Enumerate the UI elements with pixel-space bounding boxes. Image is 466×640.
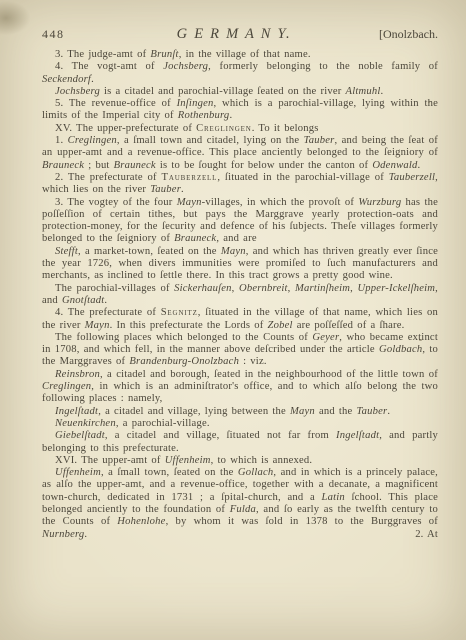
italic-text: Jochsberg (55, 86, 100, 97)
italic-text: Mayn (290, 406, 315, 417)
running-head: 448 G E R M A N Y. [Onolzbach. (42, 26, 438, 42)
paragraph: Giebelſtadt, a citadel and village, ſitu… (42, 430, 438, 455)
body-text: , and are (216, 233, 256, 244)
italic-text: Wurzburg (358, 197, 401, 208)
page-number: 448 (42, 27, 102, 42)
italic-text: Tauberzell (389, 172, 435, 183)
body-text: . To it belongs (252, 123, 319, 134)
italic-text: Giebelſtadt (55, 430, 105, 441)
italic-text: Creglingen (42, 381, 91, 392)
page-body: 3. The judge-amt of Brunſt, in the villa… (42, 49, 438, 541)
body-text: , a parochial-village. (116, 418, 210, 429)
body-text: . (104, 295, 107, 306)
body-text: 3. The vogtey of the four (55, 197, 177, 208)
body-text: , in which is an adminiſtrator's office,… (42, 381, 438, 404)
paragraph: The following places which belonged to t… (42, 332, 438, 369)
body-text: , ſituated in the parochial-village of (217, 172, 388, 183)
paragraph: 3. The judge-amt of Brunſt, in the villa… (42, 49, 438, 61)
body-text: , (288, 283, 295, 294)
italic-text: Creglingen (68, 135, 117, 146)
italic-text: Tauber (356, 406, 387, 417)
smallcaps-place-name: Segnitz (161, 307, 198, 318)
italic-text: Odenwald (372, 160, 417, 171)
italic-text: Ingelſtadt (336, 430, 379, 441)
body-text: , by whom it was ſold in 1378 to the Bur… (166, 516, 438, 527)
body-text: , in the village of that name. (179, 49, 311, 60)
body-text: XV. The upper-prefecturate of (55, 123, 196, 134)
body-text: . In this prefecturate the Lords of (110, 320, 268, 331)
italic-text: Tauber (304, 135, 335, 146)
book-page-scan: 448 G E R M A N Y. [Onolzbach. 3. The ju… (0, 0, 466, 640)
smallcaps-place-name: Tauberzell (162, 172, 218, 183)
paragraph: 1. Creglingen, a ſmall town and citadel,… (42, 135, 438, 172)
running-title: G E R M A N Y. (102, 26, 366, 43)
body-text: and the (315, 406, 357, 417)
running-head-section: [Onolzbach. (366, 27, 438, 42)
body-text: . (84, 529, 87, 540)
body-text: 3. The judge-amt of (55, 49, 150, 60)
italic-text: Altmuhl (346, 86, 381, 97)
italic-text: Zobel (268, 320, 293, 331)
italic-text: Upper-Ickelſheim (357, 283, 435, 294)
italic-text: Gollach (238, 467, 274, 478)
italic-text: Nurnberg (42, 529, 84, 540)
body-text: : viz. (239, 356, 267, 367)
italic-text: Brauneck (174, 233, 216, 244)
italic-text: Latin (321, 492, 344, 503)
italic-text: Brunſt (150, 49, 178, 60)
ink-speck (428, 101, 430, 103)
paragraph: Uffenheim, a ſmall town, ſeated on the G… (42, 467, 438, 541)
paragraph: Jochsberg is a citadel and parochial-vil… (42, 86, 438, 98)
body-text: 5. The revenue-office of (55, 98, 177, 109)
italic-text: Martinſheim (295, 283, 350, 294)
paragraph: XVI. The upper-amt of Uffenheim, to whic… (42, 455, 438, 467)
italic-text: Hohenlohe (117, 516, 165, 527)
paragraph: The parochial-villages of Sickerhauſen, … (42, 283, 438, 308)
paragraph: 5. The revenue-office of Inſingen, which… (42, 98, 438, 123)
italic-text: Neuenkirchen (55, 418, 116, 429)
body-text: , a ſmall town and citadel, lying on the (117, 135, 304, 146)
body-text: , a citadel and village, lying between t… (98, 406, 290, 417)
paragraph: Reinsbron, a citadel and borough, ſeated… (42, 369, 438, 406)
body-text: 4. The prefecturate of (55, 307, 161, 318)
body-text: ; but (84, 160, 113, 171)
body-text: . (91, 74, 94, 85)
italic-text: Brauneck (42, 160, 84, 171)
body-text: are poſſeſſed of a ſhare. (293, 320, 405, 331)
italic-text: Tauber (150, 184, 181, 195)
body-text: is to be ſought for below under the cant… (156, 160, 372, 171)
smallcaps-place-name: Creglingen (196, 123, 252, 134)
italic-text: Ingelſtadt (55, 406, 98, 417)
italic-text: Obernbreit (239, 283, 288, 294)
body-text: , (232, 283, 239, 294)
paragraph: Neuenkirchen, a parochial-village. (42, 418, 438, 430)
body-text: , a citadel and village, ſituated not fa… (105, 430, 336, 441)
italic-text: Stefft (55, 246, 78, 257)
paragraph: Ingelſtadt, a citadel and village, lying… (42, 406, 438, 418)
paragraph: XV. The upper-prefecturate of Creglingen… (42, 123, 438, 135)
italic-text: Uffenheim (55, 467, 101, 478)
italic-text: Mayn (177, 197, 202, 208)
italic-text: Mayn (221, 246, 246, 257)
body-text: , formerly belonging to the noble family… (208, 61, 438, 72)
italic-text: Mayn (85, 320, 110, 331)
body-text: -villages, in which the provoſt of (202, 197, 359, 208)
italic-text: Geyer (312, 332, 339, 343)
ink-speck (419, 339, 422, 341)
italic-text: Jochsberg (163, 61, 208, 72)
paragraph: 4. The vogt-amt of Jochsberg, formerly b… (42, 61, 438, 86)
catchword: 2. At (402, 529, 438, 541)
body-text: XVI. The upper-amt of (55, 455, 165, 466)
body-text: 2. The prefecturate of (55, 172, 162, 183)
italic-text: Seckendorf (42, 74, 91, 85)
body-text: . (181, 184, 184, 195)
body-text: , to which is annexed. (211, 455, 313, 466)
italic-text: Inſingen (177, 98, 214, 109)
italic-text: Goldbach (379, 344, 422, 355)
italic-text: Brandenburg-Onolzbach (129, 356, 239, 367)
italic-text: Sickerhauſen (174, 283, 232, 294)
paragraph: 2. The prefecturate of Tauberzell, ſitua… (42, 172, 438, 197)
paragraph: Stefft, a market-town, ſeated on the May… (42, 246, 438, 283)
italic-text: Brauneck (114, 160, 156, 171)
italic-text: Uffenheim (165, 455, 211, 466)
body-text: 4. The vogt-amt of (55, 61, 163, 72)
body-text: is a citadel and parochial-village ſeate… (100, 86, 346, 97)
paragraph: 4. The prefecturate of Segnitz, ſituated… (42, 307, 438, 332)
paragraph: 3. The vogtey of the four Mayn-villages,… (42, 197, 438, 246)
body-text: , a citadel and borough, ſeated in the n… (100, 369, 438, 380)
body-text: . (229, 110, 232, 121)
body-text: , a market-town, ſeated on the (78, 246, 221, 257)
body-text: , a ſmall town, ſeated on the (101, 467, 238, 478)
body-text: . (387, 406, 390, 417)
body-text: The parochial-villages of (55, 283, 174, 294)
body-text: The following places which belonged to t… (55, 332, 312, 343)
italic-text: Reinsbron (55, 369, 100, 380)
italic-text: Fulda (230, 504, 256, 515)
italic-text: Rothenburg (178, 110, 230, 121)
body-text: . (417, 160, 420, 171)
italic-text: Gnotſtadt (62, 295, 104, 306)
body-text: . (380, 86, 383, 97)
body-text: 1. (55, 135, 68, 146)
